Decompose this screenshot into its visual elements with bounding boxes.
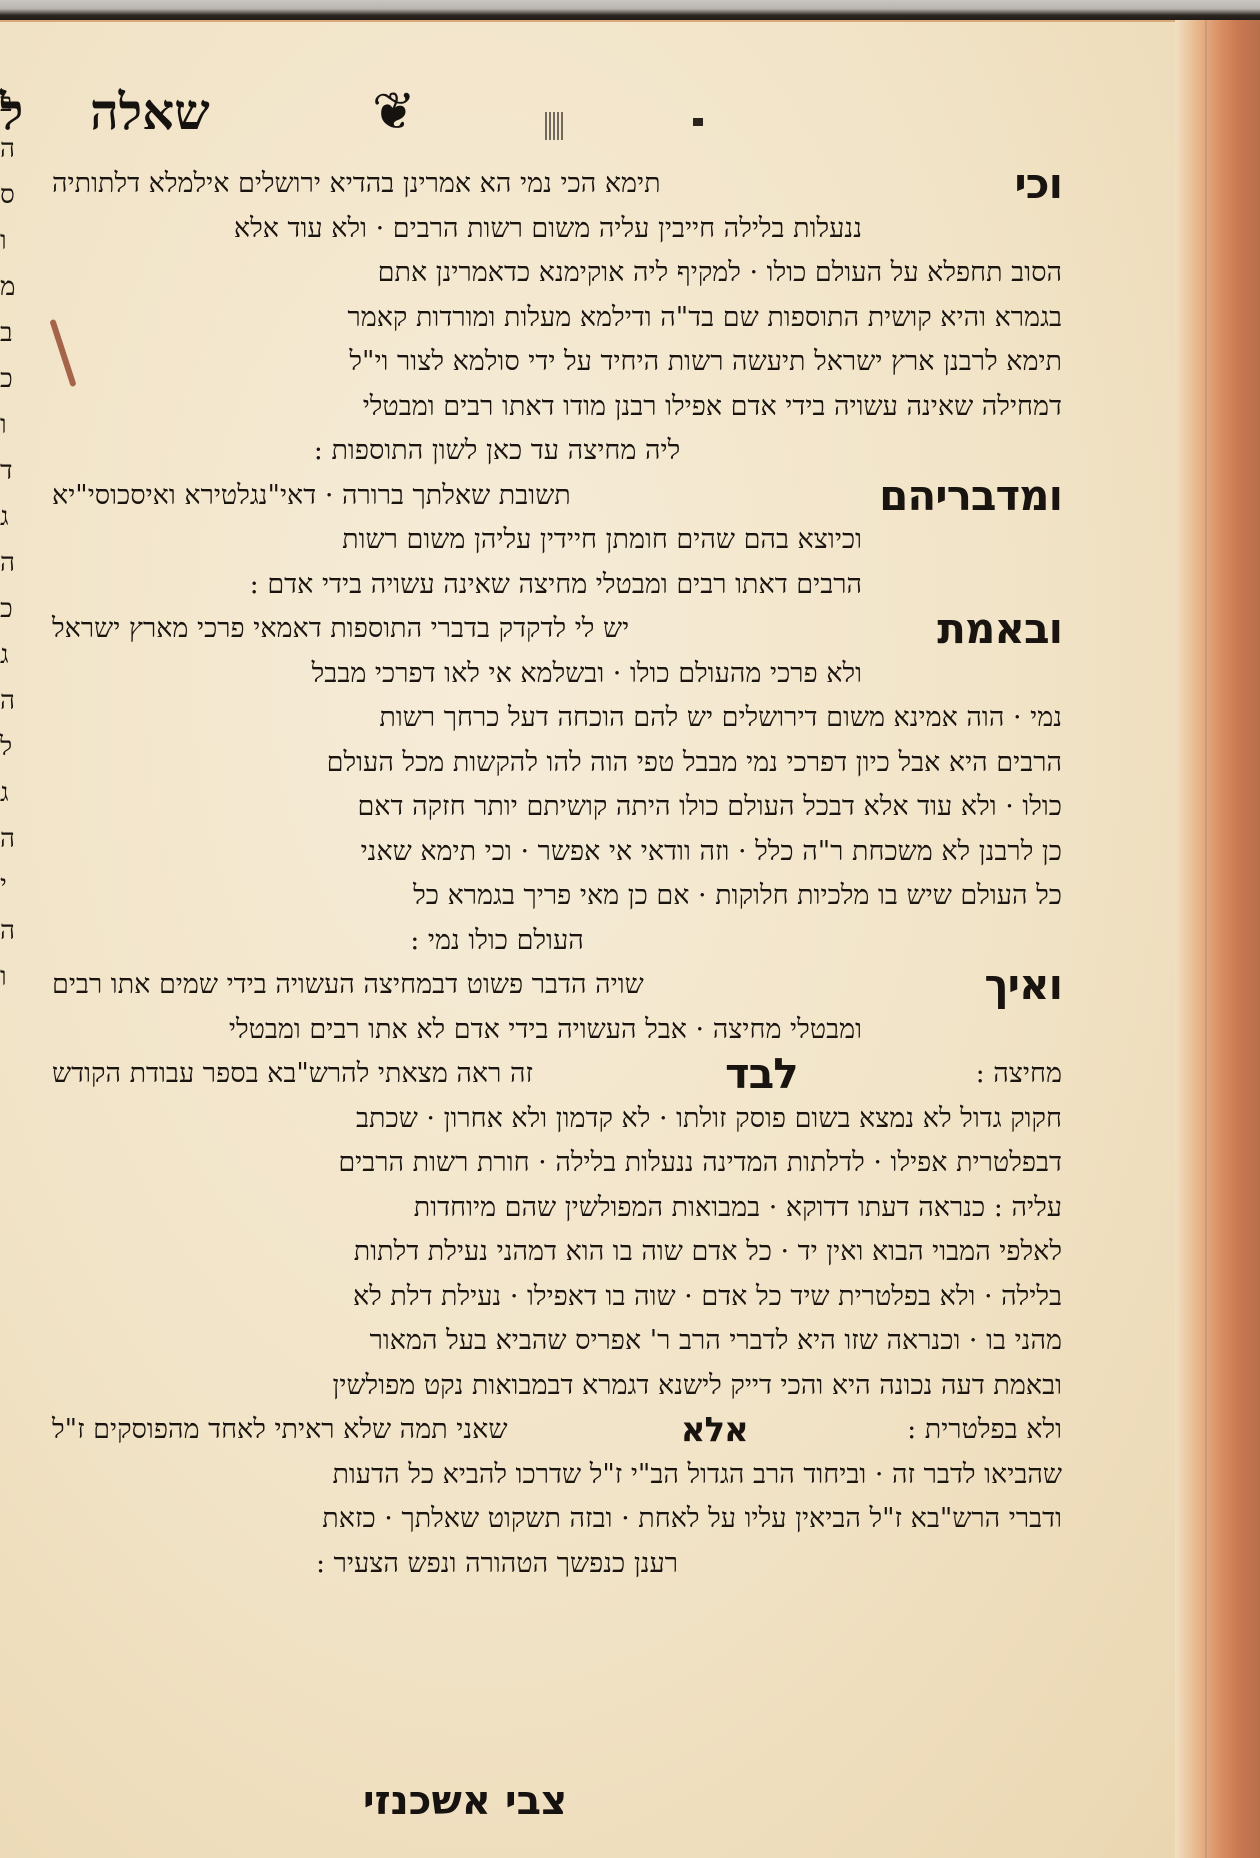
edge-letter: כ bbox=[0, 356, 22, 402]
text-line: ומבטלי מחיצה · אבל העשויה בידי אדם לא את… bbox=[52, 1008, 1062, 1053]
edge-letter: ו bbox=[0, 954, 22, 1000]
text-line: ולא בפלטרית :אלאשאני תמה שלא ראיתי לאחד … bbox=[52, 1408, 1062, 1453]
text-line: ומדבריהםתשובת שאלתך ברורה · דאי"נגלטירא … bbox=[52, 474, 1062, 519]
line-text: ולא פרכי מהעולם כולו · ובשלמא אי לאו דפר… bbox=[312, 652, 862, 697]
edge-letter: ה bbox=[0, 908, 22, 954]
line-text: ליה מחיצה עד כאן לשון התוספות : bbox=[314, 429, 680, 474]
text-line: רענן כנפשך הטהורה ונפש הצעיר : bbox=[52, 1542, 1062, 1587]
lemma: ואיך bbox=[984, 963, 1062, 1008]
line-text: מהני בו · וכנראה שזו היא לדברי הרב ר' אפ… bbox=[370, 1319, 1062, 1364]
page-fore-edge bbox=[1175, 20, 1260, 1858]
text-line: ובאמתיש לי לדקדק בדברי התוספות דאמאי פרכ… bbox=[52, 607, 1062, 652]
line-text: בלילה · ולא בפלטרית שיד כל אדם · שוה בו … bbox=[353, 1275, 1062, 1320]
line-text: שויה הדבר פשוט דבמחיצה העשויה בידי שמים … bbox=[52, 963, 644, 1008]
lemma: וכי bbox=[1014, 162, 1062, 207]
ornament-icon: ❦ bbox=[372, 82, 416, 142]
text-line: וכיוצא בהם שהים חומתן חיידין עליהן משום … bbox=[52, 518, 1062, 563]
edge-letter: ס bbox=[0, 172, 22, 218]
text-line: מהני בו · וכנראה שזו היא לדברי הרב ר' אפ… bbox=[52, 1319, 1062, 1364]
edge-letter: ג bbox=[0, 770, 22, 816]
page-header: ל שאלה ❦ bbox=[0, 82, 1200, 152]
line-text: כן לרבנן לא משכחת ר"ה כלל · וזה וודאי אי… bbox=[361, 830, 1062, 875]
edge-letter: מ bbox=[0, 264, 22, 310]
line-text: יש לי לדקדק בדברי התוספות דאמאי פרכי מאר… bbox=[52, 607, 629, 652]
line-text: רענן כנפשך הטהורה ונפש הצעיר : bbox=[316, 1542, 678, 1587]
text-line: כולו · ולא עוד אלא דבכל העולם כולו היתה … bbox=[52, 785, 1062, 830]
text-line: לאלפי המבוי הבוא ואין יד · כל אדם שוה בו… bbox=[52, 1230, 1062, 1275]
text-line: דמחילה שאינה עשויה בידי אדם אפילו רבנן מ… bbox=[52, 385, 1062, 430]
lemma: אלא bbox=[681, 1408, 748, 1453]
text-line: ואיךשויה הדבר פשוט דבמחיצה העשויה בידי ש… bbox=[52, 963, 1062, 1008]
header-dash bbox=[693, 118, 703, 126]
edge-letter: ו bbox=[0, 218, 22, 264]
line-text: לאלפי המבוי הבוא ואין יד · כל אדם שוה בו… bbox=[354, 1230, 1062, 1275]
text-line: בגמרא והיא קושית התוספות שם בד"ה ודילמא … bbox=[52, 296, 1062, 341]
line-text: הרבים היא אבל כיון דפרכי נמי מבבל טפי הו… bbox=[327, 741, 1062, 786]
text-line: מחיצה :לבדזה ראה מצאתי להרש"בא בספר עבוד… bbox=[52, 1052, 1062, 1097]
text-line: ובאמת דעה נכונה היא והכי דייק לישנא דגמר… bbox=[52, 1364, 1062, 1409]
line-text: תשובת שאלתך ברורה · דאי"נגלטירא ואיסכוסי… bbox=[52, 474, 571, 519]
lemma: ובאמת bbox=[937, 607, 1062, 652]
previous-page-edge: בהסומבכודגהכגהלגהיהו bbox=[0, 80, 22, 1180]
line-text: בגמרא והיא קושית התוספות שם בד"ה ודילמא … bbox=[347, 296, 1062, 341]
text-line: חקוק גדול לא נמצא בשום פוסק זולתו · לא ק… bbox=[52, 1097, 1062, 1142]
line-text: ננעלות בלילה חייבין עליה משום רשות הרבים… bbox=[234, 207, 862, 252]
edge-letter: ב bbox=[0, 310, 22, 356]
line-text: חקוק גדול לא נמצא בשום פוסק זולתו · לא ק… bbox=[356, 1097, 1062, 1142]
author-signature: צבי אשכנזי bbox=[0, 1778, 1260, 1824]
edge-letter: ה bbox=[0, 816, 22, 862]
edge-letter: ג bbox=[0, 632, 22, 678]
lemma: לבד bbox=[725, 1052, 798, 1097]
line-text: ודברי הרש"בא ז"ל הביאין עליו על לאחת · ו… bbox=[322, 1497, 1062, 1542]
line-text: עליה : כנראה דעתו דדוקא · במבואות המפולש… bbox=[414, 1186, 1062, 1231]
text-line: עליה : כנראה דעתו דדוקא · במבואות המפולש… bbox=[52, 1186, 1062, 1231]
line-text: דבפלטרית אפילו · לדלתות המדינה ננעלות בל… bbox=[338, 1141, 1062, 1186]
text-line: נמי · הוה אמינא משום דירושלים יש להם הוכ… bbox=[52, 696, 1062, 741]
edge-letter: ו bbox=[0, 402, 22, 448]
running-title: שאלה bbox=[90, 82, 210, 141]
line-text: שאני תמה שלא ראיתי לאחד מהפוסקים ז"ל bbox=[52, 1408, 507, 1453]
text-line: הרבים דאתו רבים ומבטלי מחיצה שאינה עשויה… bbox=[52, 563, 1062, 608]
line-text: תימא לרבנן ארץ ישראל תיעשה רשות היחיד על… bbox=[349, 340, 1062, 385]
edge-letter: ג bbox=[0, 494, 22, 540]
text-line: הרבים היא אבל כיון דפרכי נמי מבבל טפי הו… bbox=[52, 741, 1062, 786]
line-text: ומבטלי מחיצה · אבל העשויה בידי אדם לא את… bbox=[229, 1008, 862, 1053]
text-line: ננעלות בלילה חייבין עליה משום רשות הרבים… bbox=[52, 207, 1062, 252]
text-line: כן לרבנן לא משכחת ר"ה כלל · וזה וודאי אי… bbox=[52, 830, 1062, 875]
line-text: וכיוצא בהם שהים חומתן חיידין עליהן משום … bbox=[342, 518, 862, 563]
line-text: דמחילה שאינה עשויה בידי אדם אפילו רבנן מ… bbox=[363, 385, 1062, 430]
line-text: העולם כולו נמי : bbox=[410, 919, 584, 964]
text-line: דבפלטרית אפילו · לדלתות המדינה ננעלות בל… bbox=[52, 1141, 1062, 1186]
line-text: שהביאו לדבר זה · וביחוד הרב הגדול הב"י ז… bbox=[332, 1453, 1062, 1498]
text-line: תימא לרבנן ארץ ישראל תיעשה רשות היחיד על… bbox=[52, 340, 1062, 385]
line-text: כל העולם שיש בו מלכיות חלוקות · אם כן מא… bbox=[413, 874, 1062, 919]
edge-letter: ד bbox=[0, 448, 22, 494]
edge-letter: ה bbox=[0, 678, 22, 724]
responsum-body: וכיתימא הכי נמי הא אמרינן בהדיא ירושלים … bbox=[52, 162, 1062, 1586]
text-line: וכיתימא הכי נמי הא אמרינן בהדיא ירושלים … bbox=[52, 162, 1062, 207]
line-text: כולו · ולא עוד אלא דבכל העולם כולו היתה … bbox=[357, 785, 1062, 830]
line-text: ובאמת דעה נכונה היא והכי דייק לישנא דגמר… bbox=[332, 1364, 1062, 1409]
text-line: הסוב תחפלא על העולם כולו · למקיף ליה אוק… bbox=[52, 251, 1062, 296]
line-text: הרבים דאתו רבים ומבטלי מחיצה שאינה עשויה… bbox=[250, 563, 862, 608]
text-line: ליה מחיצה עד כאן לשון התוספות : bbox=[52, 429, 1062, 474]
lemma: ומדבריהם bbox=[879, 474, 1062, 519]
text-line: ודברי הרש"בא ז"ל הביאין עליו על לאחת · ו… bbox=[52, 1497, 1062, 1542]
line-text: הסוב תחפלא על העולם כולו · למקיף ליה אוק… bbox=[378, 251, 1062, 296]
edge-letter: כ bbox=[0, 586, 22, 632]
line-text: מחיצה : bbox=[976, 1052, 1062, 1097]
text-line: שהביאו לדבר זה · וביחוד הרב הגדול הב"י ז… bbox=[52, 1453, 1062, 1498]
line-text: זה ראה מצאתי להרש"בא בספר עבודת הקודש bbox=[52, 1052, 533, 1097]
printer-mark bbox=[545, 112, 565, 140]
text-line: כל העולם שיש בו מלכיות חלוקות · אם כן מא… bbox=[52, 874, 1062, 919]
text-line: ולא פרכי מהעולם כולו · ובשלמא אי לאו דפר… bbox=[52, 652, 1062, 697]
book-top-shadow bbox=[0, 0, 1260, 22]
edge-letter: ה bbox=[0, 540, 22, 586]
line-text: ולא בפלטרית : bbox=[907, 1408, 1062, 1453]
line-text: תימא הכי נמי הא אמרינן בהדיא ירושלים איל… bbox=[52, 162, 661, 207]
text-line: העולם כולו נמי : bbox=[52, 919, 1062, 964]
edge-letter: ל bbox=[0, 724, 22, 770]
edge-letter: י bbox=[0, 862, 22, 908]
text-line: בלילה · ולא בפלטרית שיד כל אדם · שוה בו … bbox=[52, 1275, 1062, 1320]
line-text: נמי · הוה אמינא משום דירושלים יש להם הוכ… bbox=[379, 696, 1062, 741]
header-edge-letter: ל bbox=[0, 82, 23, 141]
